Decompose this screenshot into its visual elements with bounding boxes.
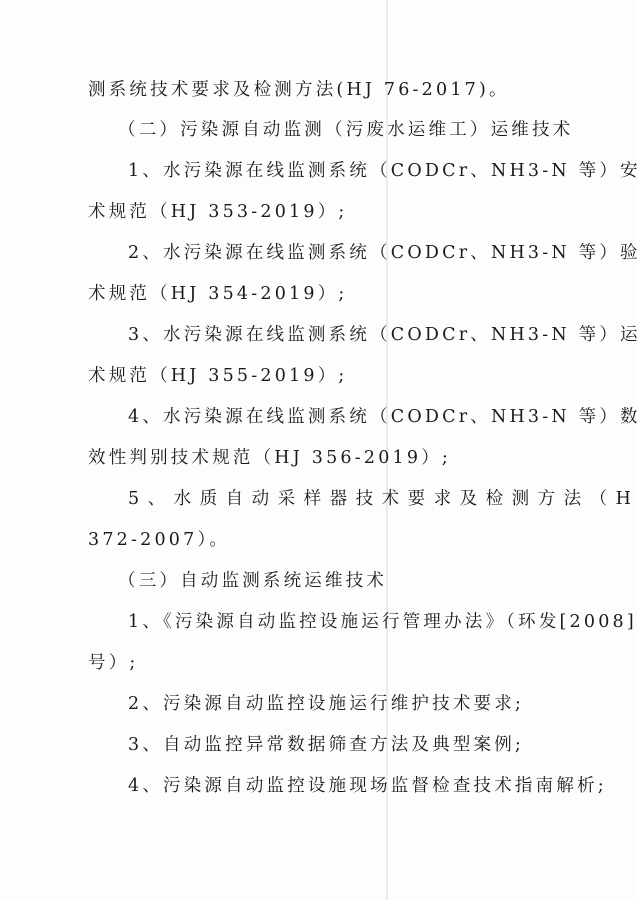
text-line: 效性判别技术规范（HJ 356-2019）; [88,446,451,470]
list-item: 5、水质自动采样器技术要求及检测方法（HJ/T [128,487,637,511]
text-line: 测系统技术要求及检测方法(HJ 76-2017)。 [88,78,510,102]
list-item: 4、水污染源在线监测系统（CODCr、NH3-N 等）数据有 [128,405,637,429]
list-item: 2、水污染源在线监测系统（CODCr、NH3-N 等）验收技 [128,241,637,265]
list-item: 1、水污染源在线监测系统（CODCr、NH3-N 等）安装技 [128,159,637,183]
text-line: 术规范（HJ 354-2019）; [88,282,348,306]
section-heading-3: （三）自动监测系统运维技术 [118,569,387,593]
list-item: 3、自动监控异常数据筛查方法及典型案例; [128,733,524,757]
text-line: 372-2007）。 [88,528,230,552]
text-line: 号）; [88,651,139,675]
text-line: 术规范（HJ 353-2019）; [88,200,348,224]
text-line: 术规范（HJ 355-2019）; [88,364,348,388]
list-item: 3、水污染源在线监测系统（CODCr、NH3-N 等）运行技 [128,323,637,347]
list-item: 4、污染源自动监控设施现场监督检查技术指南解析; [128,774,607,798]
list-item: 2、污染源自动监控设施运行维护技术要求; [128,692,524,716]
section-heading-2: （二）污染源自动监测（污废水运维工）运维技术 [118,118,573,142]
list-item: 1、《污染源自动监控设施运行管理办法》（环发[2008]6 [128,610,637,634]
